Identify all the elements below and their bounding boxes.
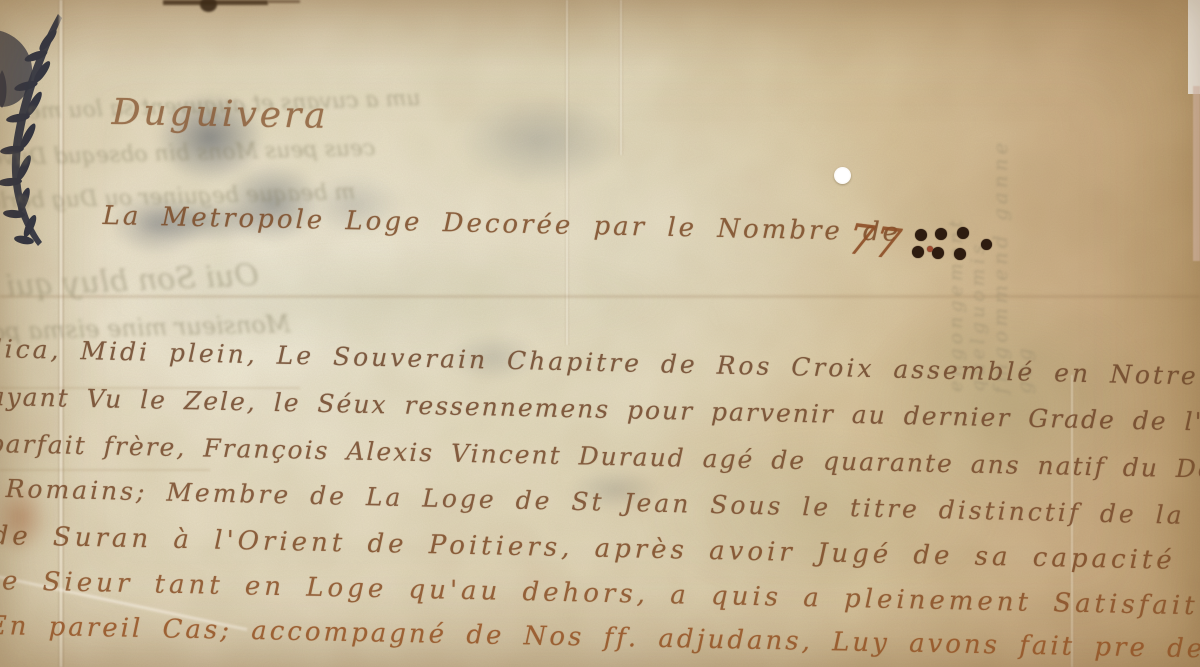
photo-edge-sliver (1188, 0, 1200, 94)
ink-smudge (425, 78, 655, 203)
parchment-manuscript-photo: um a cuvans et auguvent sa lou me ceus p… (0, 0, 1200, 667)
laurel-engraving (0, 12, 96, 252)
red-speck (927, 246, 933, 252)
photo-edge-sliver (1193, 86, 1200, 261)
vertical-marginal-note: fmgommend ganne gog (988, 84, 1036, 394)
body-line: de Suran à l'Orient de Poitiers, après a… (0, 521, 1176, 576)
top-edge-dark-mark (268, 0, 300, 3)
header-flourish-word: Duguivera (111, 92, 329, 137)
lodge-number: 77 (845, 214, 904, 269)
top-edge-dark-nub (200, 0, 217, 12)
body-line: le Sieur tant en Loge qu'au dehors, a qu… (0, 566, 1199, 621)
body-line: En pareil Cas; accompagné de Nos ff. adj… (0, 611, 1200, 666)
hole-punch (834, 167, 851, 184)
